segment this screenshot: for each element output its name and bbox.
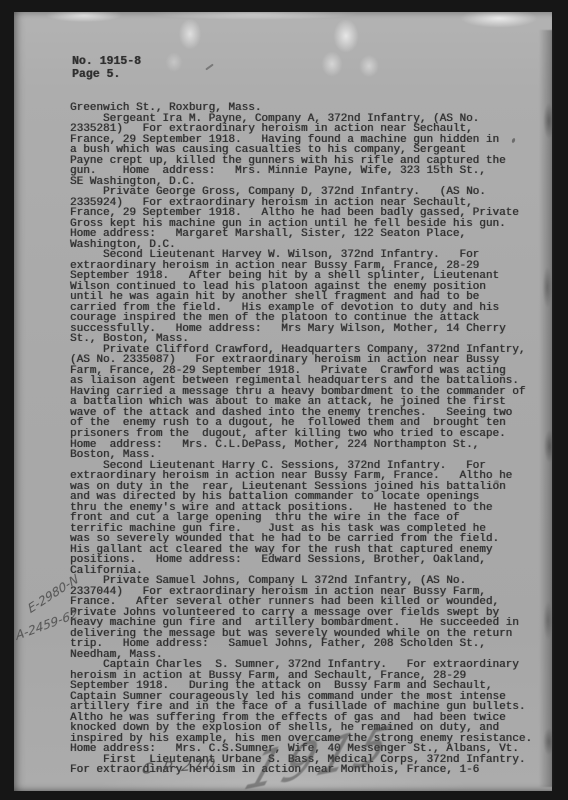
document-header: No. 1915-8 Page 5.: [72, 55, 141, 81]
document-number: No. 1915-8: [72, 55, 141, 68]
page-number: Page 5.: [72, 68, 120, 81]
scanned-document-photo: No. 1915-8 Page 5. Greenwich St., Roxbur…: [0, 0, 568, 800]
document-body-text: Greenwich St., Roxburg, Mass. Sergeant I…: [70, 103, 548, 776]
paper-blemish: [494, 480, 499, 484]
